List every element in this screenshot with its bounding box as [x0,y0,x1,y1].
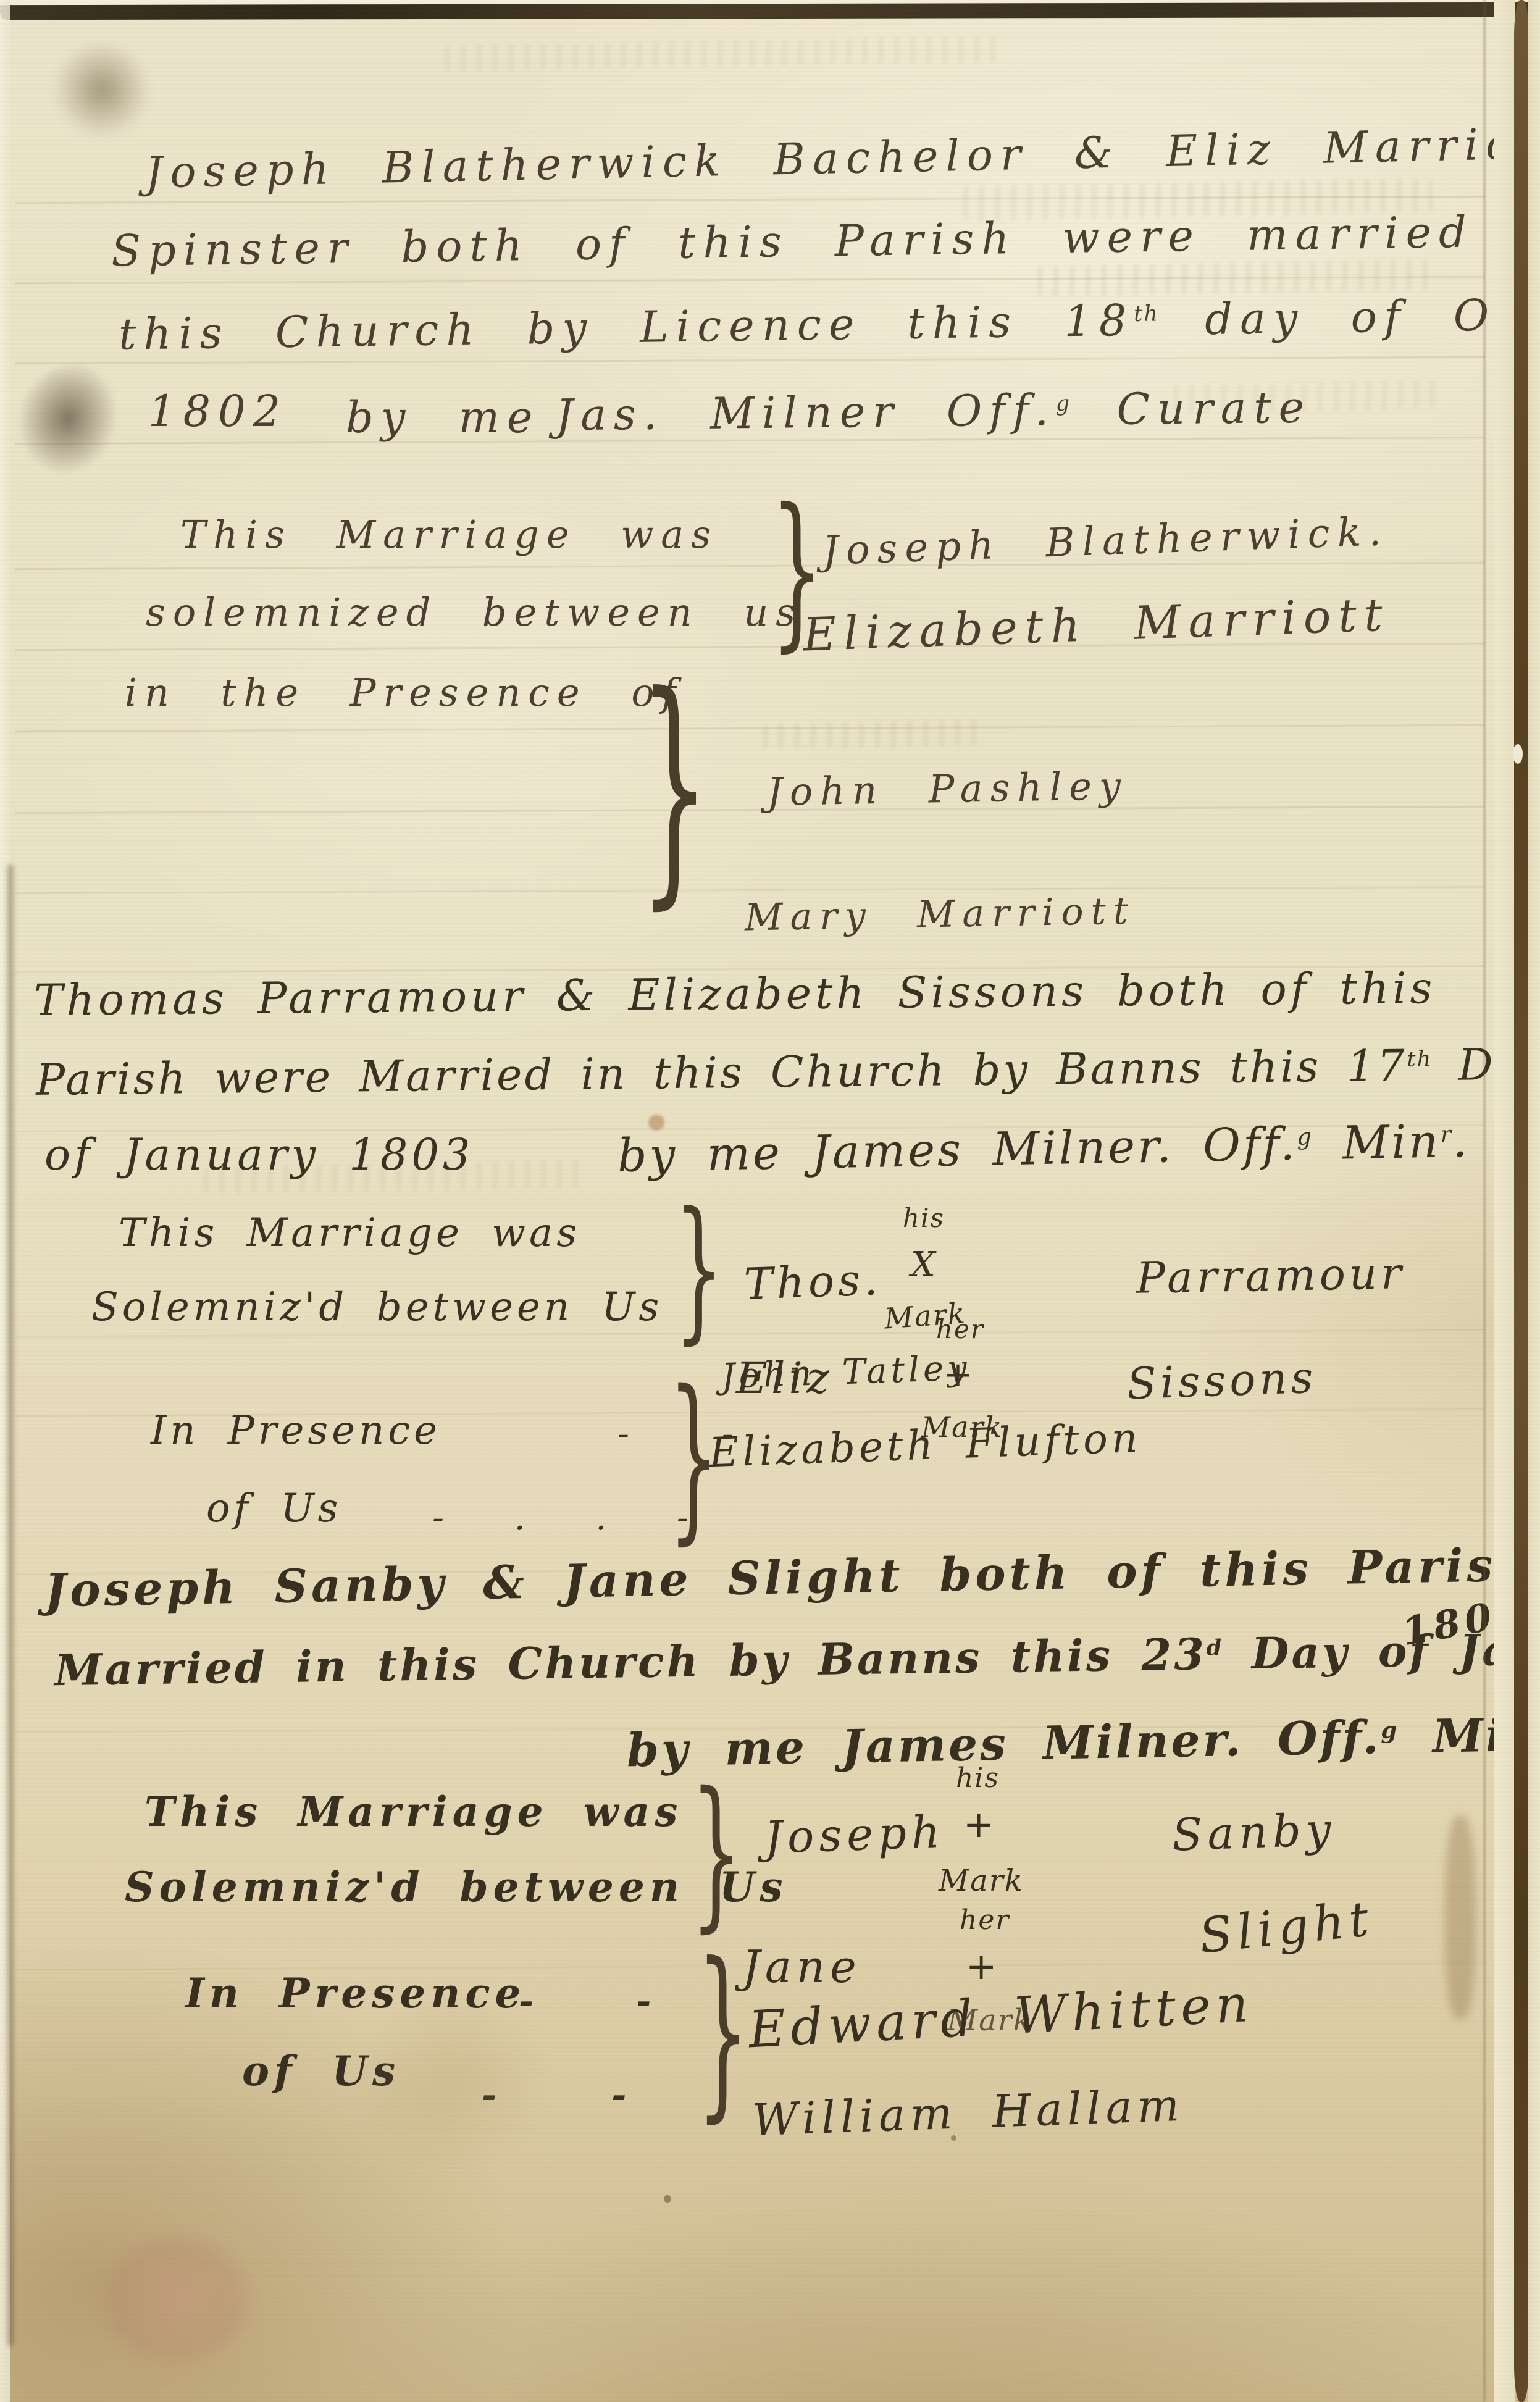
text-run: Jane [742,1941,861,1993]
text-run: his [903,1203,945,1233]
ruled-line [15,724,1485,732]
binding-edge-notch [1513,744,1523,764]
brace-icon: } [690,1771,742,1935]
text-run: - - [519,1980,688,2022]
page-edge-top [0,2,1540,20]
text-run: } [674,1179,724,1358]
witness-signature: William Hallam [751,2081,1185,2145]
superscript: g [1381,1717,1399,1744]
text-run: + [963,1803,999,1846]
text-run: this Church by Licence this 18 [119,295,1134,360]
text-run: Joseph [764,1806,946,1864]
superscript: th [1407,1047,1432,1071]
paper-stain [71,2207,281,2393]
x-mark: + [966,1946,1002,1987]
page-crease [1483,0,1486,2402]
superscript: g [1056,391,1071,416]
officiant-signature: Jas. Milner Off.g Curate [556,384,1312,440]
mark-label-his: his [956,1764,1000,1793]
text-run: Thos. [743,1254,882,1310]
text-run: X [911,1245,939,1285]
presence-label: in the Presence of [125,672,684,714]
entry-line: Parish were Married in this Church by Ba… [36,1040,1540,1104]
bleedthrough-ghost [445,36,1001,72]
solemnized-label: Solemniz'd between Us [125,1865,788,1910]
text-run: solemnized between us [146,590,803,635]
witness-signature: John Tatley [721,1349,971,1396]
text-run: Parramour [1136,1248,1405,1304]
text-run: 1802 [148,386,288,437]
text-run: This Marriage was [119,1210,580,1256]
presence-label: In Presence [185,1971,526,2016]
presence-label: In Presence [151,1409,441,1452]
entry-line: Joseph Sanby & Jane Slight both of this … [44,1538,1540,1617]
brace-icon: } [697,1939,750,2124]
fox-spot [664,2195,671,2203]
text-run: his [956,1762,1000,1794]
ruled-line [15,1329,1485,1337]
brace-icon: } [639,664,710,911]
superscript: d [1206,1635,1223,1660]
next-page-sliver [1528,0,1540,2402]
text-run: In Presence [185,1969,526,2017]
officiant-signature: by me James Milner. Off.g Minr. [617,1116,1470,1181]
text-run: - - [482,2074,669,2116]
officiant-signature: by me James Milner. Off.g Minr. [626,1710,1540,1776]
text-run: in the Presence of [125,670,684,715]
paper-smear [1445,1815,1476,2019]
solemnized-label: This Marriage was [119,1211,580,1255]
text-run: Sanby [1171,1803,1337,1860]
text-run: by me James Milner. Off. [617,1118,1297,1182]
bride-surname: Slight [1197,1893,1376,1964]
text-run: Elizabeth Marriott [802,588,1391,661]
text-run: In Presence [151,1408,441,1454]
text-run: of Us [242,2047,400,2095]
entry-byme: by me [346,394,540,441]
text-run: John Tatley [721,1348,971,1397]
solemnized-label: This Marriage was [144,1789,682,1835]
witness-signature: Mary Marriott [744,890,1136,938]
mark-label-mark: Mark [939,1865,1024,1898]
bride-signature: Elizabeth Marriott [802,590,1391,661]
witness-signature: Elizabeth Flufton [708,1416,1142,1476]
bride-surname: Sissons [1126,1354,1318,1408]
groom-signature: Joseph [764,1807,946,1862]
mark-label-her: her [960,1906,1010,1935]
bride-signature: Jane [742,1943,861,1991]
register-page: Joseph Blatherwick Bachelor & Eliz Marri… [0,0,1540,2402]
text-run: Slight [1197,1891,1376,1964]
entry-line: of January 1803 [44,1131,474,1179]
witness-signature: John Pashley [766,765,1128,813]
text-run: } [697,1923,750,2139]
text-run: Day [1432,1039,1540,1090]
text-run: Joseph Sanby & Jane Slight both of this … [44,1536,1540,1618]
x-mark: + [963,1804,999,1845]
text-run: Mary Marriott [744,889,1136,939]
presence-label: of Us [242,2049,400,2094]
groom-surname: Sanby [1171,1805,1337,1859]
entry-line: Married in this Church by Banns this 23d… [54,1624,1540,1694]
superscript: g [1297,1123,1313,1150]
solemnized-label: This Marriage was [180,514,718,556]
text-run: her [960,1904,1010,1936]
text-run: Solemniz'd between Us [91,1284,663,1330]
bleedthrough-ghost [763,721,986,749]
text-run: John Pashley [766,763,1128,814]
mark-label-her: her [936,1315,984,1344]
ruled-line [15,886,1485,894]
superscript: r [1440,1121,1452,1147]
groom-surname: Parramour [1136,1250,1405,1302]
text-run: + [966,1945,1002,1988]
entry-year: 1802 [148,388,288,435]
entry-line: this Church by Licence this 18th day of … [119,289,1540,358]
entry-line: Thomas Parramour & Elizabeth Sissons bot… [34,965,1436,1024]
corner-smudge [37,25,167,154]
ink-blot [6,350,130,486]
presence-label: of Us [206,1487,341,1530]
text-run: This Marriage was [180,512,718,557]
pen-dashes: - - [519,1982,688,2022]
text-run: This Marriage was [144,1788,682,1836]
text-run: her [936,1314,984,1344]
text-run: Jas. Milner Off. [556,385,1057,440]
text-run: Mark [939,1864,1024,1898]
groom-signature: Thos. [743,1256,882,1308]
ruled-line [15,806,1485,814]
text-run: Married in this Church by Banns this 23 [54,1628,1207,1696]
text-run: by me [346,392,540,443]
text-run: . [1452,1115,1470,1168]
page-gutter [1494,0,1515,2402]
text-run: Min [1397,1709,1540,1764]
text-run: } [639,643,710,931]
text-run: of Us [206,1486,341,1531]
mark-label-his: his [903,1204,945,1232]
text-run: Elizabeth Flufton [708,1414,1142,1476]
solemnized-label: solemnized between us [146,592,803,634]
page-edge-left [0,0,10,2402]
text-run: Curate [1071,382,1312,435]
text-run: Parish were Married in this Church by Ba… [36,1040,1407,1105]
binding-edge [1514,0,1529,2402]
x-mark: X [911,1246,939,1284]
text-run: Sissons [1126,1352,1318,1410]
ruled-line [15,562,1485,570]
text-run: William Hallam [751,2079,1185,2146]
text-run: of January 1803 [44,1129,474,1180]
text-run: Solemniz'd between Us [125,1863,788,1911]
superscript: th [1134,301,1159,327]
brace-icon: } [674,1192,724,1346]
page-edge-left-shadow [7,864,14,2346]
text-run: Min [1312,1115,1441,1171]
pen-dashes: - - [482,2076,669,2115]
solemnized-label: Solemniz'd between Us [91,1286,663,1329]
page-top-sliver [0,0,1540,5]
text-run: } [690,1757,742,1948]
text-run: day of October [1158,287,1540,345]
